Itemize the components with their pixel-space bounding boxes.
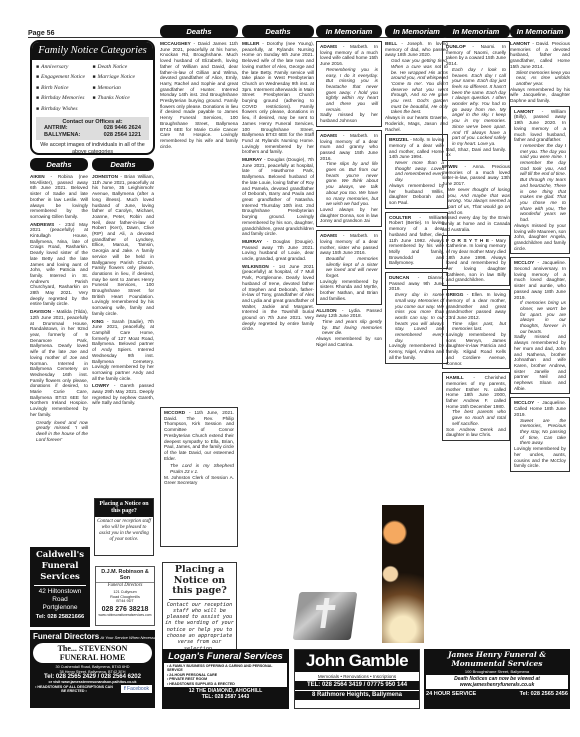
memoriam-header: In Memoriam (385, 25, 448, 38)
caldwell-name: Caldwell's Funeral Services (30, 550, 90, 583)
jh-address: 100 Broughshane Street, Ballymena (426, 669, 568, 674)
verse-text: We never thought of losing you, And mayb… (442, 187, 510, 216)
notice-text: - Robina (nee McAllister), passed away 6… (30, 174, 88, 219)
memoriam-notice: ADAMS - Marbeth. In loving memory of a d… (316, 130, 382, 227)
notice-list: AIKEN - Robina (nee McAllister), passed … (30, 174, 88, 522)
death-notice: JOHNSTON - Brian William, 11th June 2021… (92, 174, 154, 317)
category-item: Memorian (93, 84, 150, 93)
notice-name: ANDREWS (30, 222, 54, 227)
notice-name: MILLER (242, 41, 259, 46)
verse-text: Every day in some small way. Memories of… (389, 292, 444, 343)
page-number: Page 56 (28, 30, 54, 37)
category-item: Birthday Wishes (36, 105, 93, 114)
memoriam-notice: MCCLOY - Jacqueline. Second anniversary.… (510, 257, 570, 394)
category-item: Death Notice (93, 63, 150, 72)
memoriam-notice: ADAMS - Marbeth. In loving memory of a d… (316, 230, 382, 304)
caldwell-phone: Tel: 028 25821666 (30, 614, 90, 620)
robinson-phone: 028 276 38218 (96, 606, 154, 613)
signature: Lovingly remembered by sisters Rhonda an… (320, 279, 378, 301)
notice-name: COULTER (389, 215, 411, 220)
deaths-column-2: Deaths JOHNSTON - Brian William, 11th Ju… (92, 158, 154, 461)
death-notice: LOWRY - Gareth passed away 29th May 2021… (92, 383, 154, 406)
placing-notice-small-ad: Placing a Notice on this page? Contact o… (94, 498, 154, 556)
robinson-address: 121 Cullynum Road Cloughmills BT44 9DT (96, 588, 154, 606)
signature: Lovingly remembered by her uncles, aunts… (514, 446, 566, 468)
notice-name: KING (92, 319, 104, 324)
memoriam-header: In Memoriam (442, 25, 510, 38)
notice-name: AIKEN (30, 174, 45, 179)
jh-name-2: Monumental Services (426, 660, 568, 669)
verse-text: Time slips by and life goes on. But from… (320, 161, 378, 207)
memoriam-column-7: In Memoriam DUNLOP - Naomi. In memory of… (442, 25, 510, 661)
category-item: Birth Notice (36, 84, 93, 93)
notice-name: DUNCAN (389, 275, 409, 280)
death-notice: WILKINSON - 1st June 2021 (peacefully) a… (242, 264, 314, 332)
notice-text: - David James 11th June 2021, peacefully… (160, 41, 238, 149)
logan-services: • A FAMILY BUSINESS OFFERING A CARING AN… (164, 663, 287, 687)
notice-list: JOHNSTON - Brian William, 11th June 2021… (92, 174, 154, 461)
office-name: ANTRIM: (44, 125, 68, 132)
verse-text: Silent memories keep you near, As time u… (510, 70, 570, 87)
notice-text: - Sarah (Sadie), 7th June 2021, peaceful… (92, 319, 154, 381)
placing-notice-large-ad: Placing a Notice on this page? Contact o… (162, 562, 237, 662)
verse-text: Greatly loved and now greatly missed. 'I… (30, 420, 88, 443)
deaths-header: Deaths (92, 158, 154, 171)
signature: Missed every day by the Erwin family at … (442, 215, 510, 231)
james-henry-ad: James Henry Funeral & Monumental Service… (424, 649, 570, 709)
deaths-column-3: Deaths MCCAUGHEY - David James 11th June… (160, 25, 238, 264)
jh-notice-box: Death Notices can now be viewed at www.j… (426, 675, 568, 689)
memoriam-notice: HAMILL - Cherished memories of my parent… (442, 372, 510, 441)
images-note: We accept images of individuals in all o… (32, 140, 153, 155)
verse-text: Sweet are the memories, Precious they st… (514, 418, 566, 447)
placing-title: Placing a Notice on this page? (95, 499, 153, 517)
memoriam-notice: DUNLOP - Naomi. In memory of Naomi, crue… (442, 41, 510, 161)
signature: Sadly missed and always remembered by he… (514, 334, 566, 390)
placing-text: Contact our reception staff who will be … (163, 602, 236, 652)
cross-bar (316, 605, 336, 610)
jh-service: 24 HOUR SERVICE (426, 691, 476, 697)
notice-text: - Cherished memories of my parents, moth… (446, 375, 506, 409)
death-notice-verse: Greatly loved and now greatly missed. 'I… (30, 420, 88, 443)
notice-text: - 1st June 2021 (peacefully) at hospital… (242, 264, 314, 332)
jh-phone: Tel: 028 2565 2456 (520, 691, 568, 697)
notice-name: MCCLOY (514, 400, 534, 405)
death-notice: MCCORD - 11th June, 2021. David. The Rev… (164, 410, 234, 461)
memoriam-notice: ADAMS - Marbeth. In loving memory of a m… (316, 41, 382, 127)
verse-text: Never more than a thought away. Loved an… (389, 160, 444, 183)
signature: Always in our hearts Graeme, Roderick, M… (385, 115, 448, 131)
notice-name: LAMONT (514, 109, 534, 114)
notice-body: MCCORD - 11th June, 2021. David. The Rev… (164, 410, 234, 488)
stevenson-header: Funeral Directors At Your Service When N… (33, 632, 152, 641)
notice-text: - Douglas (Dougie), 7th June 2021, peace… (242, 157, 314, 236)
notice-text: - 11th June, 2021. David. The Rev. Phili… (164, 410, 234, 461)
memoriam-notice: COULTER - William Robert (Bertie). In lo… (385, 212, 448, 269)
stevenson-tagline: At Your Service When Necessary (100, 635, 159, 640)
category-item: Marriage Notice (93, 73, 150, 82)
memoriam-notice: ALLISON - Lydia. Passed away 12th June 2… (316, 308, 382, 348)
notice-text: - William Robert (Bertie). In loving mem… (389, 215, 444, 266)
notice-text: - Brian William, 11th June 2021, peacefu… (92, 174, 154, 316)
funeral-directors-label: Funeral Directors (33, 632, 99, 641)
verse-text: I remember the day I met you. The day yo… (514, 143, 566, 223)
notice-name: HAMILL (446, 375, 464, 380)
memoriam-notice: GREGG - Ellen. In loving memory of a dea… (442, 289, 510, 369)
notice-name: ERWIN (442, 164, 458, 169)
notice-text: - Jacqueline. Second anniversary. In lov… (514, 260, 566, 299)
notice-name: MCCLOY (514, 260, 534, 265)
deaths-header: Deaths (160, 25, 238, 38)
notice-name: BRIZZEL (389, 137, 409, 142)
notice-name: ALLISON (316, 308, 337, 313)
placing-title: Placing a Notice on this page? (163, 565, 236, 597)
notice-name: MURRAY (242, 157, 262, 162)
family-notice-categories: Family Notice Categories Anniversary Dea… (30, 40, 155, 155)
gamble-name: John Gamble (295, 650, 419, 672)
signature: Always remembered by son Nigel and Catri… (316, 336, 382, 347)
memoriam-column-8: In Memoriam LAMONT - David. Precious mem… (510, 25, 570, 661)
categories-title: Family Notice Categories (32, 42, 153, 60)
category-item: Engagement Notice (36, 73, 93, 82)
robinson-name: D.J.M. Robinson & Son (96, 569, 154, 583)
verse-text: The Lord is my Shepherd Psalm 23 v 1. (164, 463, 234, 474)
signature: Always missed by your loving wife Mauree… (514, 223, 566, 251)
stevenson-funeral-ad: Funeral Directors At Your Service When N… (30, 630, 155, 708)
memoriam-notice: F O R S Y T H E - Mary Catherine. In lov… (442, 235, 510, 287)
jh-footer: 24 HOUR SERVICETel: 028 2565 2456 (426, 691, 568, 697)
notice-text: - Matilda (Tilda), 12th June 2021, peace… (30, 309, 88, 417)
verse-text: The best parents who gave so much and to… (446, 409, 506, 426)
notice-text: - William (Billy), passed away 19th June… (514, 109, 566, 143)
memoriam-notice: LAMONT - William (Billy), passed away 19… (510, 106, 570, 255)
caldwell-address: 42 Hiltonstown Road Portglenone (30, 588, 90, 612)
gamble-address: 8 Rathmore Heights, Ballymena (295, 691, 419, 700)
category-list: Anniversary Death Notice Engagement Noti… (32, 60, 153, 114)
deaths-column-1: Deaths AIKEN - Robina (nee McAllister), … (30, 158, 88, 522)
placing-text: Contact our reception staff who will be … (95, 517, 153, 545)
caldwell-funeral-ad: Caldwell's Funeral Services 42 Hiltonsto… (30, 547, 90, 627)
signature: Lovingly remembered by Kenny, Nigel, And… (389, 343, 444, 359)
mccord-tribute-box: MCCORD - 11th June, 2021. David. The Rev… (160, 407, 238, 547)
category-item: Thanks Notice (93, 94, 150, 103)
notice-text: - Dorothy (nee Young), peacefully, at Ry… (242, 41, 314, 154)
stevenson-name-2: FUNERAL HOME (33, 653, 152, 662)
notice-name: MURRAY (242, 239, 262, 244)
death-notice: DAVISON - Matilda (Tilda), 12th June 202… (30, 309, 88, 417)
memoriam-column-5: In Memoriam ADAMS - Marbeth. In loving m… (316, 25, 382, 596)
death-notice: MURRAY - Douglas (Dougie), 7th June 2021… (242, 157, 314, 237)
stevenson-logo: The... STEVENSON FUNERAL HOME (33, 643, 152, 663)
verse-text: God saw you getting tired, When a cure w… (385, 58, 448, 115)
memoriam-header: In Memoriam (510, 25, 570, 38)
deaths-header: Deaths (242, 25, 314, 38)
signature: Dad, Shaz, Dani and family. xx (446, 147, 506, 158)
memoriam-notice: BELL - Joseph. In loving memory of dad, … (385, 41, 448, 132)
verse-text: Beautiful memories silently kept of a si… (320, 256, 378, 279)
logan-name: Logan's Funeral Services (164, 651, 287, 662)
category-item: Anniversary (36, 63, 93, 72)
facebook-label: Facebook (127, 686, 149, 692)
notice-list: MILLER - Dorothy (nee Young), peacefully… (242, 41, 314, 541)
notice-name: LOWRY (92, 383, 109, 388)
notice-name: ADAMS (320, 133, 337, 138)
office-name: BALLYMENA: (44, 132, 80, 139)
robinson-website[interactable]: www.robinsonsfuneralservices.com (96, 613, 154, 617)
office-row: BALLYMENA:028 2564 1221 (44, 132, 141, 139)
stevenson-footer: • HEADSTONES OF ALL DESCRIPTIONS CAN BE … (33, 685, 152, 693)
death-notice: MURRAY - Douglas (Dougie). Passed away 7… (242, 239, 314, 262)
memoriam-notice: ERWIN - Anna. Precious memories of a muc… (442, 164, 510, 232)
notice-name: MCCORD (164, 410, 185, 415)
service-item: • HEADSTONES SUPPLIED & ERECTED (167, 682, 284, 686)
deaths-header: Deaths (30, 158, 88, 171)
death-notice: KING - Sarah (Sadie), 7th June 2021, pea… (92, 319, 154, 382)
category-item: Birthday Memories (36, 94, 93, 103)
stevenson-website[interactable]: or visit www.jamesstevensonandson.palhit… (33, 680, 152, 684)
office-phone: 028 9446 2624 (104, 125, 141, 132)
gamble-phone: TEL: 028 2564 3419 / 07775 950 144 (295, 681, 419, 690)
verse-text: Time and years slip gently by. But lovin… (316, 319, 382, 336)
signature: Sadly missed by her husband Johnson (320, 112, 378, 123)
notice-text: - 23rd May 2021 (peacefully) at Kintulla… (30, 222, 88, 307)
bible-cross-image (293, 592, 358, 640)
notice-text: - Mary Catherine. In loving memory of my… (446, 238, 506, 283)
logan-phone: TEL: 028 2587 1443 (164, 694, 287, 700)
notice-list: MCCAUGHEY - David James 11th June 2021, … (160, 41, 238, 264)
notice-name: F O R S Y T H E (446, 238, 489, 243)
memoriam-notice: MCCLOY - Jacqueline. Called Home 18th Ju… (510, 397, 570, 471)
verse-text: Each day I look to heaven. Each day I ca… (446, 67, 506, 147)
notice-list: LAMONT - David. Precious memories of a d… (510, 41, 570, 661)
notice-name: LAMONT (510, 41, 530, 46)
headstones-note: • HEADSTONES OF ALL DESCRIPTIONS CAN BE … (33, 685, 115, 693)
stevenson-address: 30 Cushendall Road, Ballymena, BT43 6HD3… (33, 665, 152, 674)
notice-name: DUNLOP (446, 44, 466, 49)
notice-name: ADAMS (320, 44, 337, 49)
gamble-services: Memorials • Renovations • Inscriptions (295, 674, 419, 679)
notice-name: MCCAUGHEY (160, 41, 191, 46)
verse-text: Remembering you is easy, I do it everyda… (320, 67, 378, 113)
notice-name: JOHNSTON (92, 174, 118, 179)
signature: Son Andrew Derek and daughter in law Chr… (446, 427, 506, 438)
notice-name: DAVISON (30, 309, 51, 314)
logan-funeral-ad: Logan's Funeral Services • A FAMILY BUSI… (162, 649, 289, 709)
memoriam-notice: BRIZZEL - Molly. In loving memory of a d… (385, 134, 448, 208)
death-notice: MCCAUGHEY - David James 11th June 2021, … (160, 41, 238, 149)
contact-offices: Contact our Offices at: ANTRIM:028 9446 … (36, 117, 149, 140)
signature: Always remembered by her husband Willis,… (389, 183, 444, 205)
verse-text: If memories bring us closer, we won't be… (514, 300, 566, 334)
notice-name: GREGG (446, 292, 463, 297)
robinson-funeral-ad: D.J.M. Robinson & Son Funeral Directors … (95, 566, 155, 626)
memoriam-notice: LAMONT - David. Precious memories of a d… (510, 41, 570, 104)
candle-photo (382, 505, 424, 643)
signature: Lovingly remembered by sons Mervyn, Jame… (446, 332, 506, 366)
notice-list: BELL - Joseph. In loving memory of dad, … (385, 41, 448, 486)
office-phone: 028 2564 1221 (104, 132, 141, 139)
service-item: • A FAMILY BUSINESS OFFERING A CARING AN… (167, 664, 284, 673)
death-notice: AIKEN - Robina (nee McAllister), passed … (30, 174, 88, 220)
notice-list: ADAMS - Marbeth. In loving memory of a m… (316, 41, 382, 596)
notice-name: WILKINSON (242, 264, 269, 269)
deaths-column-4: Deaths MILLER - Dorothy (nee Young), pea… (242, 25, 314, 541)
office-row: ANTRIM:028 9446 2624 (44, 125, 141, 132)
notice-name: BELL (385, 41, 397, 46)
signature: Loved always by her daughter Donna, son … (320, 207, 378, 223)
verse-text: Time slips past, but memories last. (446, 321, 506, 332)
cross-icon (320, 598, 329, 628)
signature: Always remembered by his wife Jacqueline… (510, 87, 570, 103)
stevenson-name-1: The... STEVENSON (33, 644, 152, 653)
memoriam-header: In Memoriam (316, 25, 382, 38)
memoriam-notice: DUNCAN - Dianne. Passed away 9th June 20… (385, 272, 448, 364)
memoriam-column-6: In Memoriam BELL - Joseph. In loving mem… (385, 25, 448, 486)
notice-list: DUNLOP - Naomi. In memory of Naomi, crue… (442, 41, 510, 661)
john-gamble-ad: John Gamble Memorials • Renovations • In… (294, 649, 420, 709)
jh-website[interactable]: www.jameshenryfunerals.co.uk (427, 682, 567, 688)
death-notice: ANDREWS - 23rd May 2021 (peacefully) at … (30, 222, 88, 308)
notice-name: ADAMS (320, 233, 337, 238)
facebook-badge[interactable]: f Facebook (121, 685, 152, 693)
death-notice: MILLER - Dorothy (nee Young), peacefully… (242, 41, 314, 155)
signature: M. Johnston Clerk of Session A. Greer Se… (164, 475, 234, 486)
